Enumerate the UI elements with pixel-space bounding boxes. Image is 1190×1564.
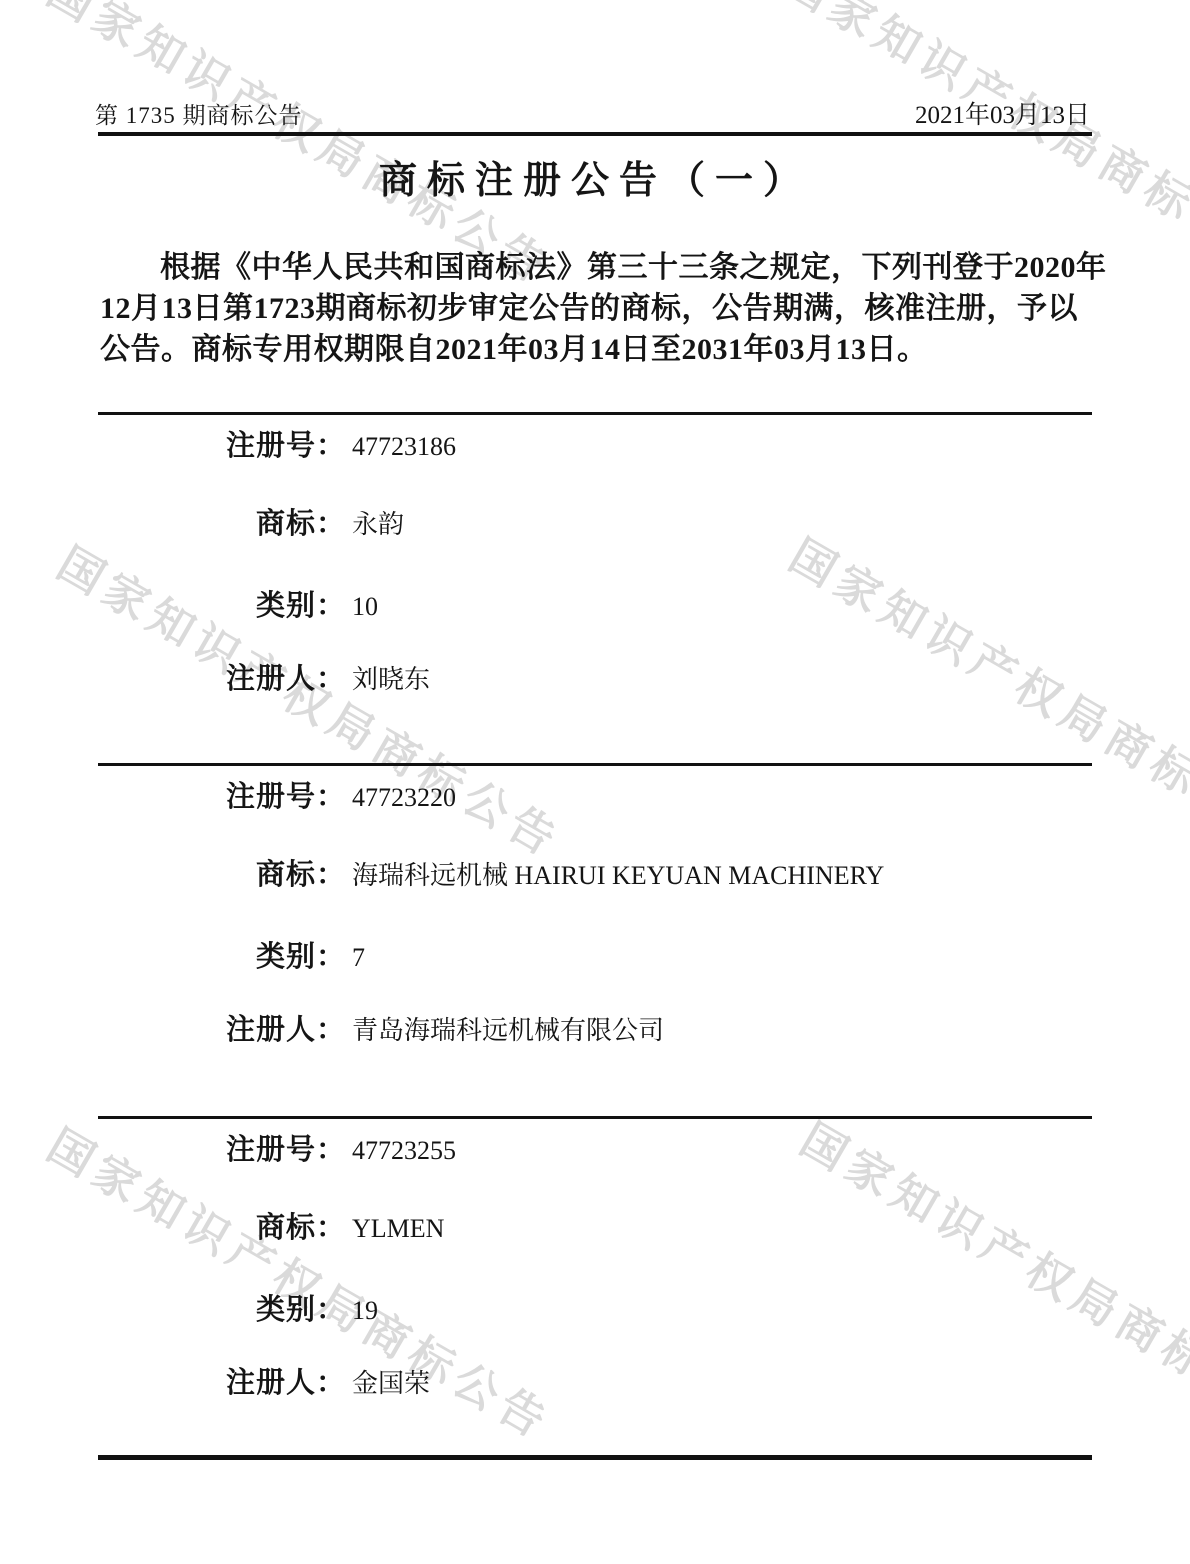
registrant-value: 刘晓东 [352, 666, 430, 693]
record-row-reg-no: 注册号： 47723220 [0, 783, 1190, 817]
header-rule [98, 132, 1092, 136]
record-row-registrant: 注册人： 刘晓东 [0, 665, 1190, 699]
category-value: 10 [352, 593, 378, 620]
reg-no-label: 注册号： [100, 1136, 346, 1165]
registrant-value: 青岛海瑞科远机械有限公司 [352, 1017, 664, 1044]
record-row-reg-no: 注册号： 47723186 [0, 432, 1190, 466]
content-layer: 第 1735 期商标公告 2021年03月13日 商标注册公告（一） 根据《中华… [0, 0, 1190, 1564]
reg-no-value: 47723220 [352, 784, 456, 811]
gazette-date: 2021年03月13日 [915, 95, 1090, 131]
record-separator [98, 1116, 1092, 1119]
reg-no-value: 47723255 [352, 1137, 456, 1164]
intro-paragraph: 根据《中华人民共和国商标法》第三十三条之规定，下列刊登于2020年 12月13日… [100, 247, 1092, 370]
record-row-trademark: 商标： YLMEN [0, 1214, 1190, 1248]
gazette-issue-label: 第 1735 期商标公告 [95, 97, 303, 130]
intro-line: 公告。商标专用权期限自2021年03月14日至2031年03月13日。 [100, 329, 1092, 370]
intro-line: 根据《中华人民共和国商标法》第三十三条之规定，下列刊登于2020年 [100, 247, 1092, 288]
trademark-label: 商标： [100, 861, 346, 890]
reg-no-value: 47723186 [352, 433, 456, 460]
record-row-registrant: 注册人： 青岛海瑞科远机械有限公司 [0, 1016, 1190, 1050]
record-row-category: 类别： 10 [0, 592, 1190, 626]
page-title: 商标注册公告（一） [0, 149, 1190, 204]
category-label: 类别： [100, 592, 346, 621]
record-separator [98, 763, 1092, 766]
bottom-rule [98, 1455, 1092, 1460]
record-row-trademark: 商标： 海瑞科远机械 HAIRUI KEYUAN MACHINERY [0, 861, 1190, 895]
category-label: 类别： [100, 1296, 346, 1325]
category-value: 19 [352, 1297, 378, 1324]
intro-line: 12月13日第1723期商标初步审定公告的商标，公告期满，核准注册，予以 [100, 288, 1092, 329]
registrant-label: 注册人： [100, 1016, 346, 1045]
trademark-label: 商标： [100, 510, 346, 539]
record-row-category: 类别： 19 [0, 1296, 1190, 1330]
registrant-value: 金国荣 [352, 1370, 430, 1397]
trademark-value: 海瑞科远机械 HAIRUI KEYUAN MACHINERY [352, 862, 884, 889]
reg-no-label: 注册号： [100, 783, 346, 812]
gazette-page: 国家知识产权局商标公告 国家知识产权局商标公告 国家知识产权局商标公告 国家知识… [0, 0, 1190, 1564]
record-row-reg-no: 注册号： 47723255 [0, 1136, 1190, 1170]
trademark-value: YLMEN [352, 1215, 444, 1242]
registrant-label: 注册人： [100, 665, 346, 694]
reg-no-label: 注册号： [100, 432, 346, 461]
category-value: 7 [352, 944, 365, 971]
record-row-trademark: 商标： 永韵 [0, 510, 1190, 544]
record-separator [98, 412, 1092, 415]
trademark-label: 商标： [100, 1214, 346, 1243]
record-row-category: 类别： 7 [0, 943, 1190, 977]
record-row-registrant: 注册人： 金国荣 [0, 1369, 1190, 1403]
trademark-value: 永韵 [352, 511, 404, 538]
category-label: 类别： [100, 943, 346, 972]
registrant-label: 注册人： [100, 1369, 346, 1398]
